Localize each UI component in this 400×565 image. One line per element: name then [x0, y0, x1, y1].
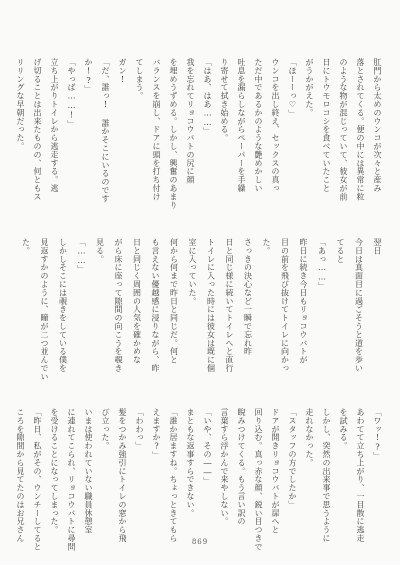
text-column: げ切ることは出来たものの、何ともス — [29, 58, 46, 211]
text-column: 「いや、その――」 — [199, 408, 216, 557]
text-column: 昨日に続き今日もリョコウバトが — [294, 238, 313, 388]
text-column: てしまう。 — [131, 58, 148, 211]
text-column: を埋めうずめる。しかし、興奮のあまり — [165, 58, 182, 211]
text-column: しかしそこには覗きをしている僕を — [53, 238, 72, 388]
text-column: 目の前を飛び抜けてトイレに向かっ — [275, 238, 294, 388]
text-column: た。 — [16, 238, 35, 388]
text-column: 「だ、誰っ! 誰かそこにいるのです — [97, 58, 114, 211]
text-column: 「昨日、私がその、ウンチーしてると — [29, 408, 46, 557]
text-column: 睨みつけてくる。もう言い訳の — [233, 408, 250, 557]
text-column: も言えない優越感に浸りながら、昨 — [146, 238, 165, 388]
text-column: 日と同じ様に続いてトイレへと直行 — [220, 238, 239, 388]
text-column: のような物が混じっていて、彼女が前 — [335, 58, 352, 211]
text-column: 立ち上がりトイレから逃走する。逃 — [46, 58, 63, 211]
text-column: 走れなかった。 — [301, 408, 318, 557]
text-column: か!?」 — [80, 58, 97, 211]
text-column: ただ中であるかのような艶めかしい — [250, 58, 267, 211]
text-column: 回り込む。真っ赤な顔、鋭い目つきで — [250, 408, 267, 557]
text-block-bottom: 「ワッ!?」あわてて立ち上がり、一目散に逃走を試みる。しかし、突然の出来事で思う… — [12, 408, 386, 557]
text-column: を受けることになってしまった。 — [46, 408, 63, 557]
text-column: てると — [331, 238, 350, 388]
page-number: 869 — [0, 538, 400, 546]
text-column: トイレに入った時には彼女は既に個 — [201, 238, 220, 388]
text-column: 髪をつかみ強引にトイレの窓から飛 — [114, 408, 131, 557]
text-column: 今日は真面目に過ごそうと道を歩い — [349, 238, 368, 388]
text-column: 日と同じく周囲の人気を確かめな — [127, 238, 146, 388]
text-block-middle: 翌日今日は真面目に過ごそうと道を歩いてると「あっ……」昨日に続き今日もリョコウバ… — [16, 238, 386, 388]
text-column: がら床に座って隙間の向こうを覗き — [109, 238, 128, 388]
text-column: 「はあ、はあ……」 — [199, 58, 216, 211]
text-column: 肛門から太めのウンコが次々と産み — [369, 58, 386, 211]
text-column: リリングな早朝だった。 — [12, 58, 29, 211]
text-column: 落とされてくる。便の中には異常に粒 — [352, 58, 369, 211]
text-column: ウンコを出し終え、セックスの真っ — [267, 58, 284, 211]
text-column: に連れてこられ、リョコウバトに尋問 — [63, 408, 80, 557]
text-column: ドアが開きリョコウバトが扉へと — [267, 408, 284, 557]
text-column: さっきの決心など一瞬で忘れ昨 — [238, 238, 257, 388]
text-column: しかし、突然の出来事で思うように — [318, 408, 335, 557]
text-column: 「わわっ」 — [131, 408, 148, 557]
text-column: 「誰か居ますね。ちょっときてもら — [165, 408, 182, 557]
text-column: ころを隙間から見てたのはお兄さん — [12, 408, 29, 557]
text-column: た。 — [257, 238, 276, 388]
text-column: ガン! — [114, 58, 131, 211]
text-column: 見る。 — [90, 238, 109, 388]
text-column: まともな返事すらできない。 — [182, 408, 199, 557]
text-column: 「やっば……!」 — [63, 58, 80, 211]
text-column: 言葉すら浮かんで来やしない。 — [216, 408, 233, 557]
text-column: えますか?」 — [148, 408, 165, 557]
text-column: 吐息を漏らしながらペーパーを手繰 — [233, 58, 250, 211]
text-block-top: 肛門から太めのウンコが次々と産み落とされてくる。便の中には異常に粒のような物が混… — [12, 58, 386, 211]
text-column: 「スタッフの方でしたか」 — [284, 408, 301, 557]
scanned-novel-page: 肛門から太めのウンコが次々と産み落とされてくる。便の中には異常に粒のような物が混… — [0, 0, 400, 565]
text-column: 「ワッ!?」 — [369, 408, 386, 557]
text-column: 「あっ……」 — [312, 238, 331, 388]
text-column: 日にトウモロコシを食べていたこと — [318, 58, 335, 211]
text-column: 「……」 — [72, 238, 91, 388]
text-column: り寄せて拭き始める。 — [216, 58, 233, 211]
text-column: を試みる。 — [335, 408, 352, 557]
text-column: あわてて立ち上がり、一目散に逃走 — [352, 408, 369, 557]
text-column: 見返すかのように、瞳が二つ並んでい — [35, 238, 54, 388]
text-column: び立った。 — [97, 408, 114, 557]
text-column: 我を忘れてリョコウバトの尻に顔 — [182, 58, 199, 211]
text-column: バランスを崩し、ドアに頭を打ち付け — [148, 58, 165, 211]
text-column: いまは使われていない職員休憩室 — [80, 408, 97, 557]
text-column: 翌日 — [368, 238, 387, 388]
text-column: 室に入っていた。 — [183, 238, 202, 388]
text-column: 「ほーーっ♡」 — [284, 58, 301, 211]
text-column: がうかがえた。 — [301, 58, 318, 211]
text-column: 何から何まで昨日と同じだ。何と — [164, 238, 183, 388]
